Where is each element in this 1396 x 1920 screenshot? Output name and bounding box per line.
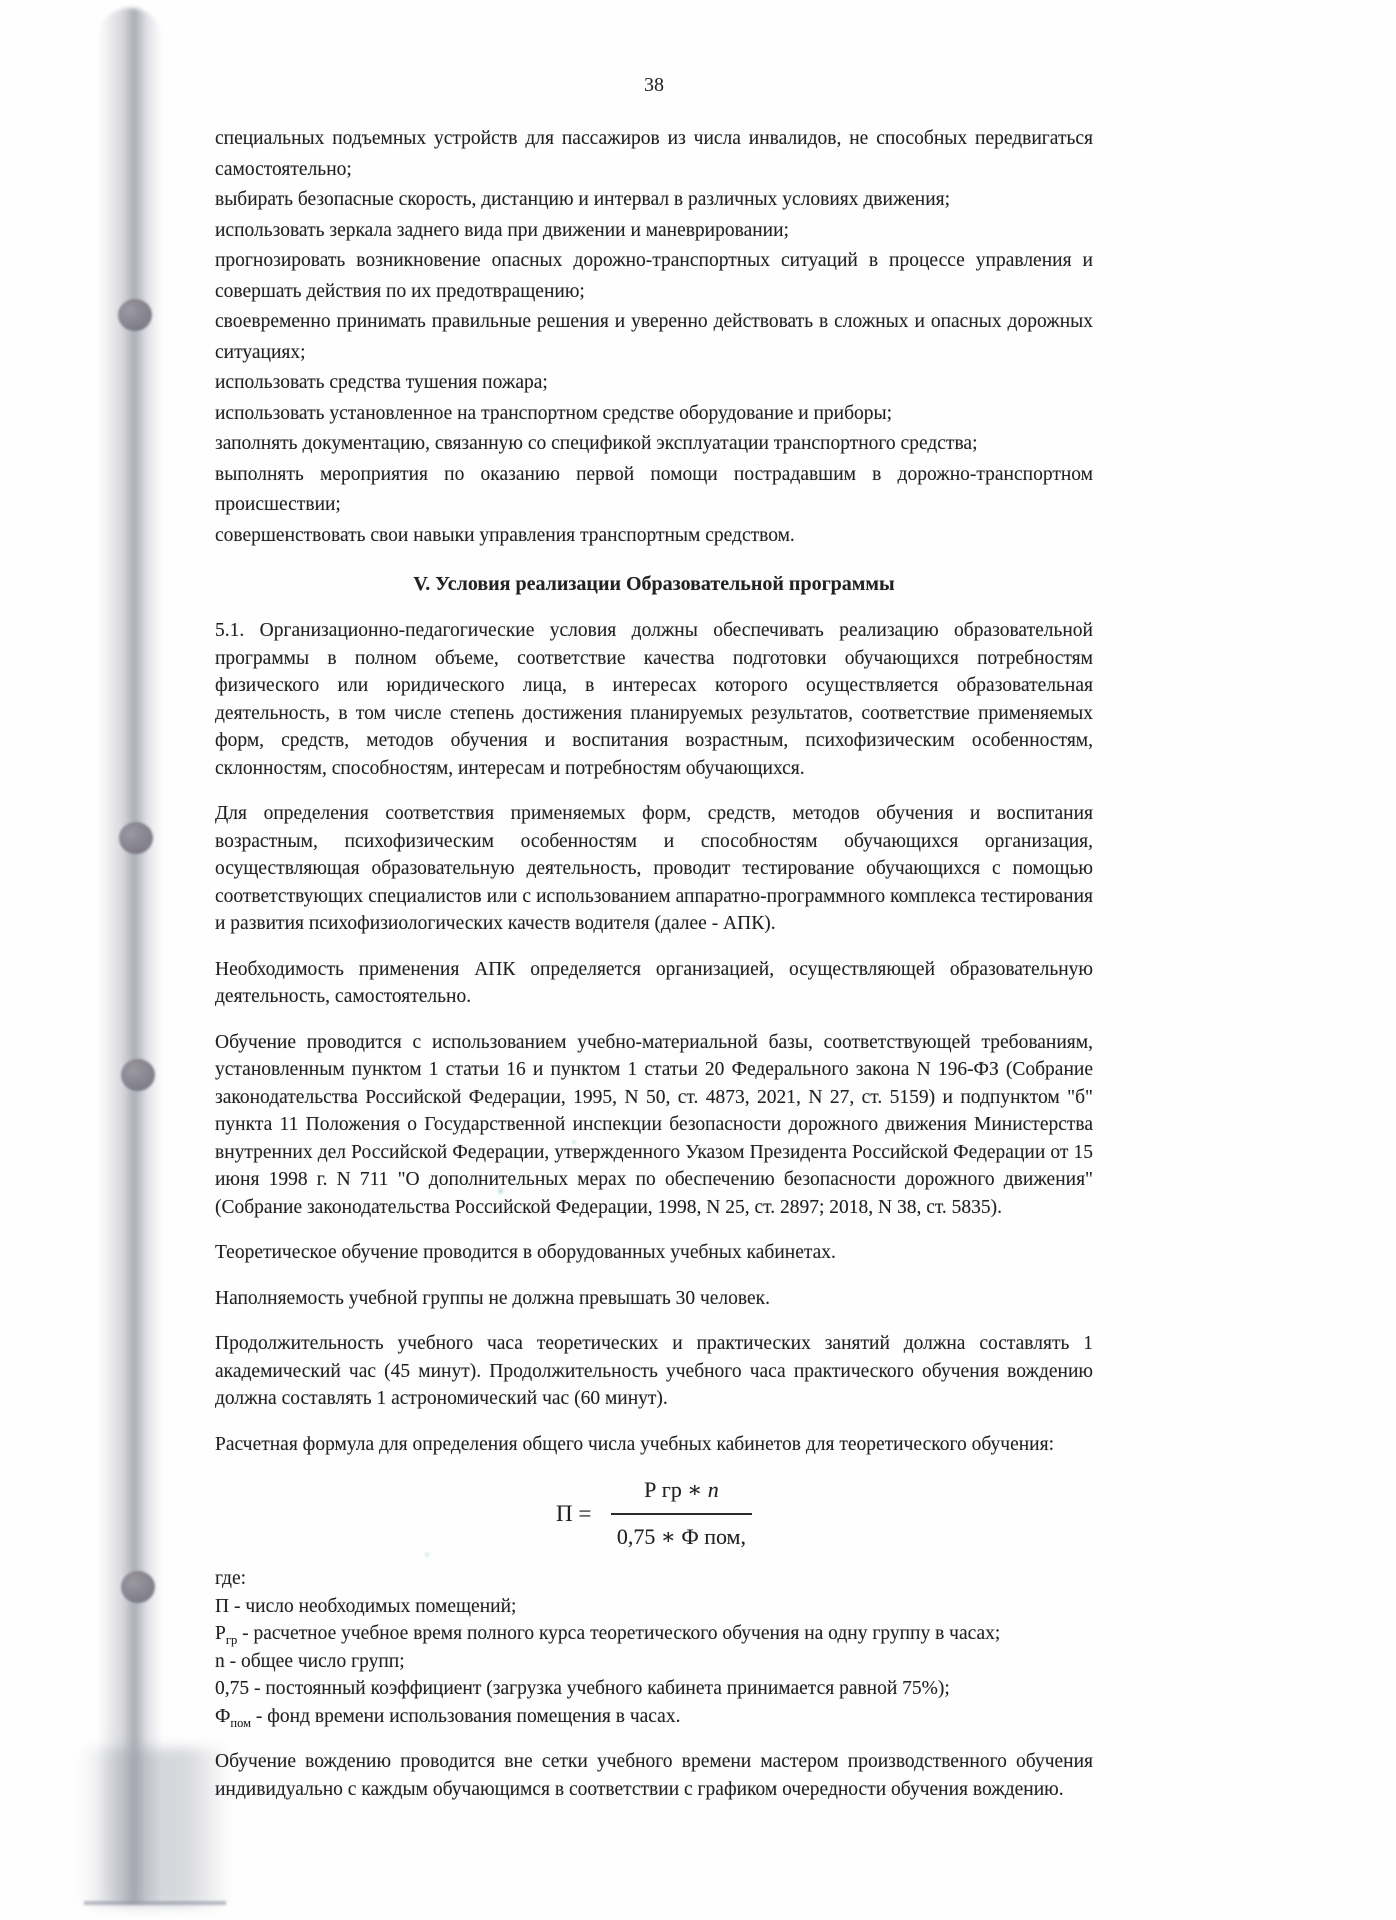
definition-item: П - число необходимых помещений; <box>215 1593 1093 1621</box>
definition-item: n - общее число групп; <box>215 1648 1093 1676</box>
requirement-item: специальных подъемных устройств для пасс… <box>215 124 1093 185</box>
requirement-item: использовать зеркала заднего вида при дв… <box>215 216 1093 247</box>
numerator-base: Р гр ∗ <box>644 1477 708 1502</box>
definition-item: Ргр - расчетное учебное время полного ку… <box>215 1620 1093 1648</box>
binder-rivet <box>118 299 152 331</box>
scanned-document-page: 38 специальных подъемных устройств для п… <box>0 0 1396 1920</box>
fraction-numerator: Р гр ∗ n <box>611 1474 752 1515</box>
paragraph-training-base: Обучение проводится с использованием уче… <box>215 1029 1093 1222</box>
formula-lhs: П = <box>556 1500 591 1528</box>
requirement-item: прогнозировать возникновение опасных дор… <box>215 246 1093 307</box>
binder-spine-edge <box>84 1901 226 1905</box>
definition-item: 0,75 - постоянный коэффициент (загрузка … <box>215 1675 1093 1703</box>
requirement-item: использовать установленное на транспортн… <box>215 399 1093 430</box>
binder-spine <box>98 8 162 1903</box>
section-heading: V. Условия реализации Образовательной пр… <box>215 569 1093 599</box>
requirement-item: использовать средства тушения пожара; <box>215 368 1093 399</box>
fraction: Р гр ∗ n 0,75 ∗ Ф пом, <box>611 1474 752 1553</box>
requirement-item: совершенствовать свои навыки управления … <box>215 521 1093 552</box>
paragraph-apk-need: Необходимость применения АПК определяетс… <box>215 956 1093 1011</box>
binder-rivet <box>121 1571 155 1603</box>
document-text: специальных подъемных устройств для пасс… <box>215 124 1093 1803</box>
binder-rivet <box>121 1059 155 1091</box>
definition-item: Фпом - фонд времени использования помеще… <box>215 1703 1093 1731</box>
formula: П = Р гр ∗ n 0,75 ∗ Ф пом, <box>215 1474 1093 1553</box>
definitions: где: П - число необходимых помещений; Рг… <box>215 1565 1093 1730</box>
binder-spine-flare <box>80 1748 230 1906</box>
page-number: 38 <box>215 74 1093 97</box>
paragraph-5-1: 5.1. Организационно-педагогические услов… <box>215 617 1093 782</box>
paragraph-lesson-duration: Продолжительность учебного часа теоретич… <box>215 1330 1093 1413</box>
requirement-item: своевременно принимать правильные решени… <box>215 307 1093 368</box>
numerator-variable: n <box>708 1477 719 1502</box>
requirement-item: заполнять документацию, связанную со спе… <box>215 429 1093 460</box>
requirement-item: выбирать безопасные скорость, дистанцию … <box>215 185 1093 216</box>
binder-rivet <box>119 822 153 854</box>
requirement-item: выполнять мероприятия по оказанию первой… <box>215 460 1093 521</box>
definitions-intro: где: <box>215 1565 1093 1593</box>
fraction-denominator: 0,75 ∗ Ф пом, <box>611 1515 752 1553</box>
paragraph-testing: Для определения соответствия применяемых… <box>215 800 1093 938</box>
paragraph-formula-intro: Расчетная формула для определения общего… <box>215 1431 1093 1459</box>
requirements-list: специальных подъемных устройств для пасс… <box>215 124 1093 551</box>
paragraph-theory-rooms: Теоретическое обучение проводится в обор… <box>215 1239 1093 1267</box>
paragraph-group-size: Наполняемость учебной группы не должна п… <box>215 1285 1093 1313</box>
closing-paragraph: Обучение вождению проводится вне сетки у… <box>215 1748 1093 1803</box>
